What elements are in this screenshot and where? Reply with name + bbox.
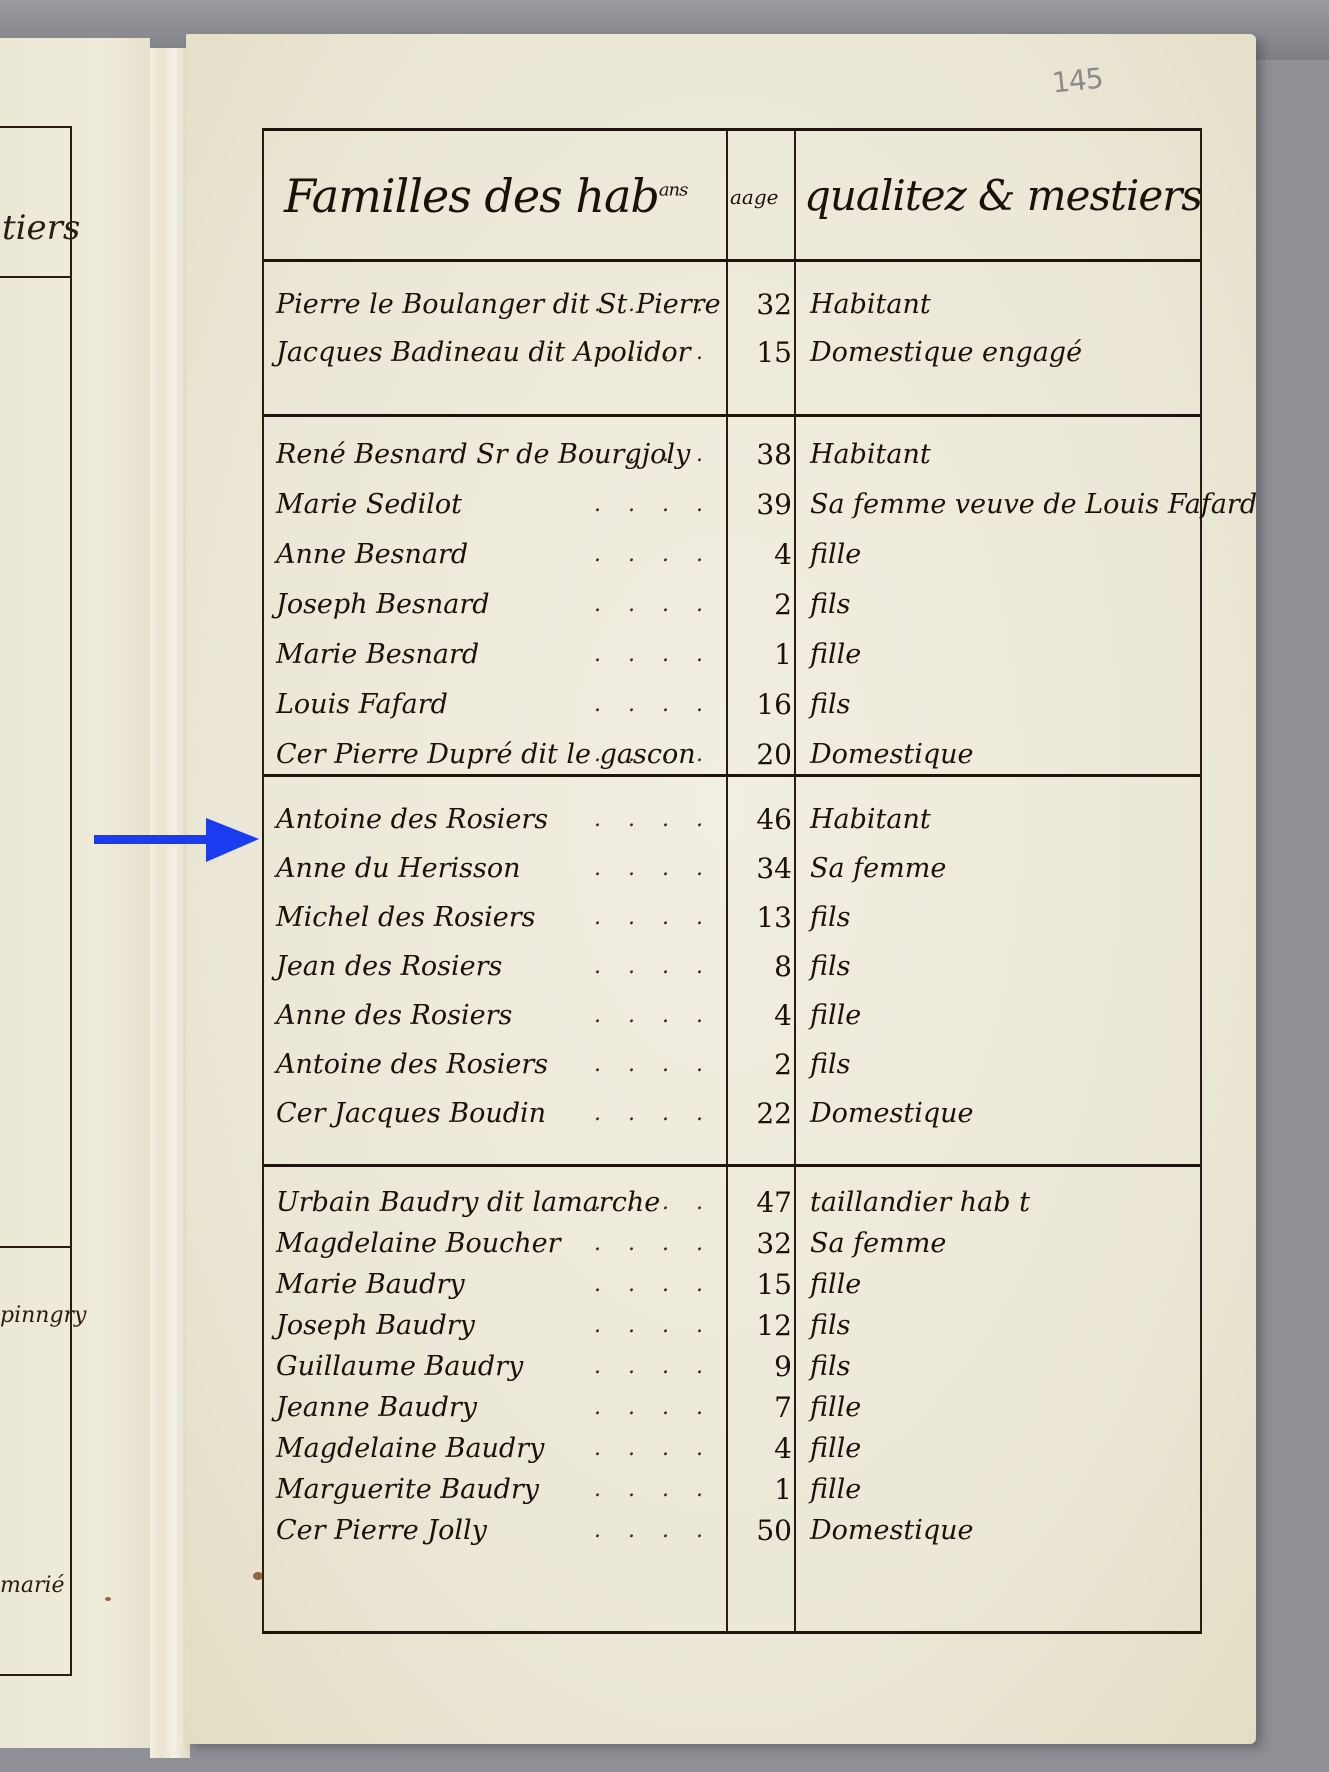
person-age: 1 <box>734 638 792 671</box>
person-age: 2 <box>734 588 792 621</box>
table-row: Joseph Baudry. . . . . . . .12fils <box>264 1302 1200 1348</box>
header-separator <box>264 259 1200 262</box>
person-quality: Sa femme veuve de Louis Fafard <box>810 489 1257 520</box>
table-row: Marie Baudry. . . . . . . .15fille <box>264 1261 1200 1307</box>
person-name: Cer Jacques Boudin <box>276 1098 546 1129</box>
person-age: 12 <box>734 1309 792 1342</box>
person-name: Antoine des Rosiers <box>276 804 548 835</box>
table-row: Urbain Baudry dit lamarche. . . . . . . … <box>264 1179 1200 1225</box>
person-name: Michel des Rosiers <box>276 902 536 933</box>
person-quality: fils <box>810 902 851 933</box>
person-name: Antoine des Rosiers <box>276 1049 548 1080</box>
person-quality: fille <box>810 1392 861 1423</box>
person-quality: Sa femme <box>810 853 946 884</box>
person-name: Jeanne Baudry <box>276 1392 477 1423</box>
family-separator <box>264 774 1200 777</box>
leader-dots: . . . . . . . . <box>594 492 722 517</box>
person-quality: fille <box>810 639 861 670</box>
person-quality: fille <box>810 539 861 570</box>
person-age: 22 <box>734 1097 792 1130</box>
person-quality: fils <box>810 589 851 620</box>
person-age: 2 <box>734 1048 792 1081</box>
header-families-label: Familles des hab <box>284 169 659 223</box>
person-age: 9 <box>734 1350 792 1383</box>
person-quality: taillandier hab t <box>810 1187 1030 1218</box>
table-row: Magdelaine Boucher. . . . . . . .32Sa fe… <box>264 1220 1200 1266</box>
ink-stain <box>105 1597 111 1601</box>
leader-dots: . . . . . . . . <box>594 1231 722 1256</box>
person-quality: Domestique <box>810 1515 973 1546</box>
previous-page-table-edge <box>0 126 72 1676</box>
person-quality: Habitant <box>810 289 931 320</box>
previous-page-rule <box>0 1674 70 1676</box>
leader-dots: . . . . . . . . <box>594 1518 722 1543</box>
person-age: 38 <box>734 438 792 471</box>
person-quality: fils <box>810 1351 851 1382</box>
person-name: Louis Fafard <box>276 689 448 720</box>
table-row: Cer Pierre Dupré dit le gascon. . . . . … <box>264 731 1200 777</box>
leader-dots: . . . . . . . . <box>594 1052 722 1077</box>
person-quality: Domestique <box>810 739 973 770</box>
table-row: Jeanne Baudry. . . . . . . .7fille <box>264 1384 1200 1430</box>
header-quality: qualitez & mestiers <box>804 171 1202 220</box>
person-name: Marie Besnard <box>276 639 479 670</box>
person-name: Marie Sedilot <box>276 489 462 520</box>
person-name: Anne du Herisson <box>276 853 521 884</box>
person-name: Anne des Rosiers <box>276 1000 512 1031</box>
person-name: Marie Baudry <box>276 1269 465 1300</box>
leader-dots: . . . . . . . . <box>594 1190 722 1215</box>
person-age: 1 <box>734 1473 792 1506</box>
previous-page-line-fragment: pinngry <box>0 1303 87 1328</box>
person-age: 34 <box>734 852 792 885</box>
book-binding-gutter <box>150 48 190 1758</box>
previous-page-fragment: tiers pinngry marié <box>0 38 150 1748</box>
person-name: Guillaume Baudry <box>276 1351 523 1382</box>
person-quality: Habitant <box>810 804 931 835</box>
previous-page-header-fragment: tiers <box>2 208 80 248</box>
person-age: 32 <box>734 1227 792 1260</box>
person-quality: fils <box>810 951 851 982</box>
person-age: 50 <box>734 1514 792 1547</box>
table-row: Pierre le Boulanger dit St Pierre. . . .… <box>264 281 1200 327</box>
person-age: 46 <box>734 803 792 836</box>
person-name: Marguerite Baudry <box>276 1474 539 1505</box>
table-row: Magdelaine Baudry. . . . . . . .4fille <box>264 1425 1200 1471</box>
header-families-superscript: ans <box>659 180 688 201</box>
table-row: René Besnard Sr de Bourgjoly. . . . . . … <box>264 431 1200 477</box>
person-age: 47 <box>734 1186 792 1219</box>
person-quality: fils <box>810 689 851 720</box>
person-age: 7 <box>734 1391 792 1424</box>
table-row: Antoine des Rosiers. . . . . . . .2fils <box>264 1041 1200 1087</box>
leader-dots: . . . . . . . . <box>594 954 722 979</box>
leader-dots: . . . . . . . . <box>594 340 722 365</box>
leader-dots: . . . . . . . . <box>594 1477 722 1502</box>
leader-dots: . . . . . . . . <box>594 442 722 467</box>
leader-dots: . . . . . . . . <box>594 1003 722 1028</box>
table-row: Marie Besnard. . . . . . . .1fille <box>264 631 1200 677</box>
leader-dots: . . . . . . . . <box>594 292 722 317</box>
leader-dots: . . . . . . . . <box>594 1101 722 1126</box>
person-age: 13 <box>734 901 792 934</box>
previous-page-rule <box>0 276 70 278</box>
person-age: 4 <box>734 1432 792 1465</box>
person-name: Joseph Baudry <box>276 1310 475 1341</box>
table-row: Michel des Rosiers. . . . . . . .13fils <box>264 894 1200 940</box>
person-name: Magdelaine Boucher <box>276 1228 561 1259</box>
person-age: 32 <box>734 288 792 321</box>
leader-dots: . . . . . . . . <box>594 1354 722 1379</box>
census-table: Familles des habans aage qualitez & mest… <box>262 128 1202 1634</box>
header-families: Familles des habans <box>284 169 687 223</box>
previous-page-rule <box>0 126 70 128</box>
table-row: Louis Fafard. . . . . . . .16fils <box>264 681 1200 727</box>
person-name: Anne Besnard <box>276 539 468 570</box>
leader-dots: . . . . . . . . <box>594 542 722 567</box>
person-age: 15 <box>734 1268 792 1301</box>
table-row: Marguerite Baudry. . . . . . . .1fille <box>264 1466 1200 1512</box>
table-row: Anne du Herisson. . . . . . . .34Sa femm… <box>264 845 1200 891</box>
person-quality: fille <box>810 1269 861 1300</box>
person-quality: Domestique <box>810 1098 973 1129</box>
page-number: 145 <box>1050 61 1104 99</box>
table-row: Antoine des Rosiers. . . . . . . .46Habi… <box>264 796 1200 842</box>
person-quality: Habitant <box>810 439 931 470</box>
table-row: Joseph Besnard. . . . . . . .2fils <box>264 581 1200 627</box>
person-age: 15 <box>734 336 792 369</box>
leader-dots: . . . . . . . . <box>594 1436 722 1461</box>
person-name: Cer Pierre Jolly <box>276 1515 487 1546</box>
leader-dots: . . . . . . . . <box>594 592 722 617</box>
person-quality: fils <box>810 1049 851 1080</box>
person-quality: fille <box>810 1474 861 1505</box>
table-row: Cer Pierre Jolly. . . . . . . .50Domesti… <box>264 1507 1200 1553</box>
blue-arrow-icon <box>94 818 259 862</box>
leader-dots: . . . . . . . . <box>594 692 722 717</box>
person-age: 4 <box>734 538 792 571</box>
table-row: Anne des Rosiers. . . . . . . .4fille <box>264 992 1200 1038</box>
person-quality: Domestique engagé <box>810 337 1082 368</box>
leader-dots: . . . . . . . . <box>594 742 722 767</box>
family-separator <box>264 414 1200 417</box>
person-quality: fils <box>810 1310 851 1341</box>
table-row: Guillaume Baudry. . . . . . . .9fils <box>264 1343 1200 1389</box>
leader-dots: . . . . . . . . <box>594 1395 722 1420</box>
leader-dots: . . . . . . . . <box>594 856 722 881</box>
person-name: Jean des Rosiers <box>276 951 502 982</box>
person-quality: Sa femme <box>810 1228 946 1259</box>
table-row: Anne Besnard. . . . . . . .4fille <box>264 531 1200 577</box>
ink-stain <box>253 1572 263 1580</box>
family-separator <box>264 1164 1200 1167</box>
leader-dots: . . . . . . . . <box>594 807 722 832</box>
leader-dots: . . . . . . . . <box>594 1313 722 1338</box>
table-row: Jean des Rosiers. . . . . . . .8fils <box>264 943 1200 989</box>
person-name: Joseph Besnard <box>276 589 490 620</box>
previous-page-bottom-fragment: marié <box>0 1573 65 1598</box>
header-age: aage <box>730 185 779 209</box>
person-quality: fille <box>810 1433 861 1464</box>
person-age: 8 <box>734 950 792 983</box>
person-age: 16 <box>734 688 792 721</box>
person-age: 39 <box>734 488 792 521</box>
person-name: Magdelaine Baudry <box>276 1433 544 1464</box>
table-row: Cer Jacques Boudin. . . . . . . .22Domes… <box>264 1090 1200 1136</box>
person-quality: fille <box>810 1000 861 1031</box>
person-age: 20 <box>734 738 792 771</box>
previous-page-rule <box>0 1246 70 1248</box>
leader-dots: . . . . . . . . <box>594 905 722 930</box>
person-age: 4 <box>734 999 792 1032</box>
leader-dots: . . . . . . . . <box>594 1272 722 1297</box>
leader-dots: . . . . . . . . <box>594 642 722 667</box>
table-row: Jacques Badineau dit Apolidor. . . . . .… <box>264 329 1200 375</box>
table-row: Marie Sedilot. . . . . . . .39Sa femme v… <box>264 481 1200 527</box>
